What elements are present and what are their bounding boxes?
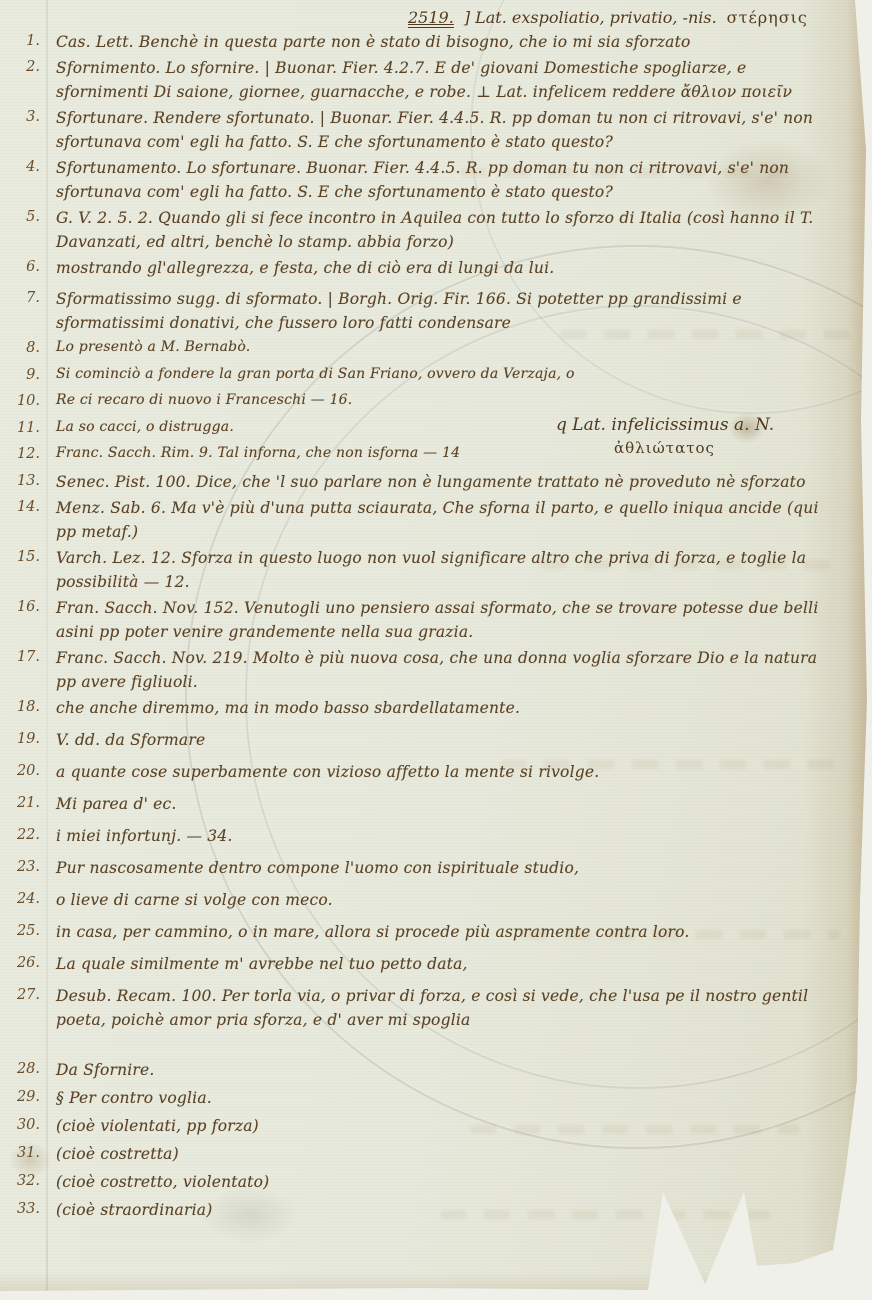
- entry-number: 18.: [0, 696, 40, 718]
- entry-number: 28.: [0, 1058, 40, 1080]
- entry-text: mostrando gl'allegrezza, e festa, che di…: [56, 256, 828, 280]
- entry-number: 10.: [0, 390, 40, 412]
- entry-row: 9. Si cominciò a fondere la gran porta d…: [0, 364, 830, 386]
- entry-row: 26. La quale similmente m' avrebbe nel t…: [0, 952, 830, 976]
- entry-text: Pur nascosamente dentro compone l'uomo c…: [56, 856, 828, 880]
- entry-number: 6.: [0, 256, 40, 278]
- entry-row: 25. in casa, per cammino, o in mare, all…: [0, 920, 830, 944]
- header-greek-gloss: στέρησις: [727, 8, 808, 28]
- entry-row: 28. Da Sfornire.: [0, 1058, 830, 1082]
- entry-text: Franc. Sacch. Nov. 219. Molto è più nuov…: [56, 646, 828, 694]
- margin-note: q Lat. infelicissimus a. N. ἀθλιώτατος: [556, 414, 774, 459]
- entry-row: 10. Re ci recaro di nuovo i Franceschi —…: [0, 390, 830, 412]
- entry-row: 24. o lieve di carne si volge con meco.: [0, 888, 830, 912]
- entry-text: Cas. Lett. Benchè in questa parte non è …: [56, 30, 828, 54]
- entry-row: 22. i miei infortunj. — 34.: [0, 824, 830, 848]
- entry-row: 16. Fran. Sacch. Nov. 152. Venutogli uno…: [0, 596, 830, 644]
- entry-row: 1. Cas. Lett. Benchè in questa parte non…: [0, 30, 830, 54]
- entry-text: a quante cose superbamente con vizioso a…: [56, 760, 828, 784]
- entry-number: 17.: [0, 646, 40, 668]
- entry-number: 15.: [0, 546, 40, 568]
- entry-text: Menz. Sab. 6. Ma v'è più d'una putta sci…: [56, 496, 828, 544]
- margin-note-latin: q Lat. infelicissimus a. N.: [556, 414, 774, 438]
- entry-number: 8.: [0, 337, 40, 359]
- entry-number: 11.: [0, 417, 40, 439]
- entry-text: che anche diremmo, ma in modo basso sbar…: [56, 696, 828, 720]
- entry-row: 17. Franc. Sacch. Nov. 219. Molto è più …: [0, 646, 830, 694]
- entry-text: G. V. 2. 5. 2. Quando gli si fece incont…: [56, 206, 828, 254]
- entry-text: Re ci recaro di nuovo i Franceschi — 16.: [56, 390, 828, 412]
- entry-row: 4. Sfortunamento. Lo sfortunare. Buonar.…: [0, 156, 830, 204]
- entry-row: 19. V. dd. da Sformare: [0, 728, 830, 752]
- manuscript-page: 2519. ] Lat. exspoliatio, privatio, -nis…: [0, 0, 872, 1300]
- entry-row: 33. (cioè straordinaria): [0, 1198, 830, 1222]
- entry-row: 6. mostrando gl'allegrezza, e festa, che…: [0, 256, 830, 280]
- entry-number: 3.: [0, 106, 40, 128]
- entry-row: 14. Menz. Sab. 6. Ma v'è più d'una putta…: [0, 496, 830, 544]
- entry-text: (cioè straordinaria): [56, 1198, 828, 1222]
- entry-text: Sfortunare. Rendere sfortunato. | Buonar…: [56, 106, 828, 154]
- entry-text: Fran. Sacch. Nov. 152. Venutogli uno pen…: [56, 596, 828, 644]
- entry-number: 16.: [0, 596, 40, 618]
- entry-text: Da Sfornire.: [56, 1058, 828, 1082]
- entry-row: 31. (cioè costretta): [0, 1142, 830, 1166]
- entry-number: 7.: [0, 287, 40, 309]
- entry-text: Mi parea d' ec.: [56, 792, 828, 816]
- entry-text: Sformatissimo sugg. di sformato. | Borgh…: [56, 287, 828, 335]
- entry-text: Sfortunamento. Lo sfortunare. Buonar. Fi…: [56, 156, 828, 204]
- entry-number: 30.: [0, 1114, 40, 1136]
- entry-row: 20. a quante cose superbamente con vizio…: [0, 760, 830, 784]
- entry-text: § Per contro voglia.: [56, 1086, 828, 1110]
- entry-number: 5.: [0, 206, 40, 228]
- entry-row: 3. Sfortunare. Rendere sfortunato. | Buo…: [0, 106, 830, 154]
- entry-text: i miei infortunj. — 34.: [56, 824, 828, 848]
- entry-row: 15. Varch. Lez. 12. Sforza in questo luo…: [0, 546, 830, 594]
- entry-text: Lo presentò a M. Bernabò.: [56, 337, 828, 359]
- entry-row: 21. Mi parea d' ec.: [0, 792, 830, 816]
- entry-number: 22.: [0, 824, 40, 846]
- entry-text: La quale similmente m' avrebbe nel tuo p…: [56, 952, 828, 976]
- entry-number: 21.: [0, 792, 40, 814]
- entry-number: 23.: [0, 856, 40, 878]
- entry-number: 12.: [0, 443, 40, 465]
- entry-text: (cioè costretto, violentato): [56, 1170, 828, 1194]
- entry-number: 33.: [0, 1198, 40, 1220]
- entry-number: 19.: [0, 728, 40, 750]
- entry-number: 2.: [0, 56, 40, 78]
- entry-text: Si cominciò a fondere la gran porta di S…: [56, 364, 828, 386]
- entry-text: in casa, per cammino, o in mare, allora …: [56, 920, 828, 944]
- entry-row: 8. Lo presentò a M. Bernabò.: [0, 337, 830, 359]
- entry-number: 24.: [0, 888, 40, 910]
- entry-number: 25.: [0, 920, 40, 942]
- entry-number: 20.: [0, 760, 40, 782]
- entry-row: 2. Sfornimento. Lo sfornire. | Buonar. F…: [0, 56, 830, 104]
- entry-text: (cioè costretta): [56, 1142, 828, 1166]
- entry-row: 27. Desub. Recam. 100. Per torla via, o …: [0, 984, 830, 1032]
- entry-number: 32.: [0, 1170, 40, 1192]
- entry-text: Desub. Recam. 100. Per torla via, o priv…: [56, 984, 828, 1032]
- entry-text: V. dd. da Sformare: [56, 728, 828, 752]
- entry-row: 7. Sformatissimo sugg. di sformato. | Bo…: [0, 287, 830, 335]
- entry-number: 13.: [0, 470, 40, 492]
- entry-text: Senec. Pist. 100. Dice, che 'l suo parla…: [56, 470, 828, 494]
- entry-number: 27.: [0, 984, 40, 1006]
- page-number: 2519.: [408, 8, 454, 28]
- entry-row: 23. Pur nascosamente dentro compone l'uo…: [0, 856, 830, 880]
- header-latin-gloss: ] Lat. exspoliatio, privatio, -nis.: [464, 8, 717, 28]
- entry-row: 13. Senec. Pist. 100. Dice, che 'l suo p…: [0, 470, 830, 494]
- entry-number: 1.: [0, 30, 40, 52]
- entry-number: 14.: [0, 496, 40, 518]
- page-header: 2519. ] Lat. exspoliatio, privatio, -nis…: [408, 8, 864, 28]
- entry-text: Sfornimento. Lo sfornire. | Buonar. Fier…: [56, 56, 828, 104]
- entry-row: 32. (cioè costretto, violentato): [0, 1170, 830, 1194]
- margin-note-greek: ἀθλιώτατος: [614, 438, 774, 459]
- entry-list: 1. Cas. Lett. Benchè in questa parte non…: [0, 30, 830, 1226]
- entry-row: 5. G. V. 2. 5. 2. Quando gli si fece inc…: [0, 206, 830, 254]
- entry-number: 26.: [0, 952, 40, 974]
- entry-row: 30. (cioè violentati, pp forza): [0, 1114, 830, 1138]
- entry-number: 9.: [0, 364, 40, 386]
- entry-text: o lieve di carne si volge con meco.: [56, 888, 828, 912]
- entry-number: 31.: [0, 1142, 40, 1164]
- entry-row: 29. § Per contro voglia.: [0, 1086, 830, 1110]
- entry-number: 29.: [0, 1086, 40, 1108]
- entry-text: (cioè violentati, pp forza): [56, 1114, 828, 1138]
- entry-text: Varch. Lez. 12. Sforza in questo luogo n…: [56, 546, 828, 594]
- entry-number: 4.: [0, 156, 40, 178]
- entry-row: 18. che anche diremmo, ma in modo basso …: [0, 696, 830, 720]
